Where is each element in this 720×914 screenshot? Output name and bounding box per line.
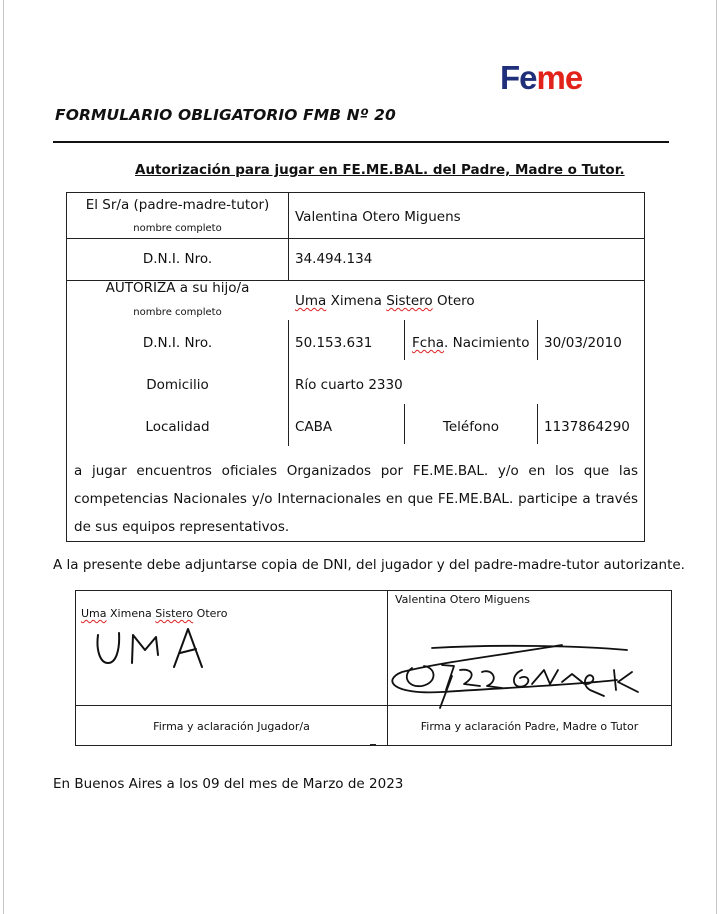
child-middle-name: Ximena	[326, 293, 386, 309]
place-date: En Buenos Aires a los 09 del mes de Marz…	[53, 776, 403, 792]
player-signature-caption: Firma y aclaración Jugador/a	[76, 720, 387, 733]
child-label: AUTORIZA a su hijo/a	[67, 280, 288, 296]
player-middle-name: Ximena	[107, 607, 156, 620]
player-last-name-1: Sistero	[155, 607, 193, 620]
child-dni-field[interactable]: 50.153.631	[295, 335, 372, 351]
logo-bal: bal	[580, 58, 637, 98]
guardian-printed-name: Valentina Otero Miguens	[395, 593, 530, 606]
player-printed-name: Uma Ximena Sistero Otero	[81, 607, 227, 620]
authorization-text: a jugar encuentros oficiales Organizados…	[74, 457, 638, 541]
player-signature	[90, 625, 220, 675]
subtitle: Autorización para jugar en FE.ME.BAL. de…	[135, 162, 625, 178]
player-first-name: Uma	[81, 607, 107, 620]
address-label: Domicilio	[67, 377, 288, 393]
address-field[interactable]: Río cuarto 2330	[295, 377, 403, 393]
birth-date-field[interactable]: 30/03/2010	[544, 335, 622, 351]
birth-label-abbr: Fcha	[412, 335, 444, 351]
guardian-label: El Sr/a (padre-madre-tutor)	[67, 197, 288, 213]
guardian-signature-caption: Firma y aclaración Padre, Madre o Tutor	[388, 720, 671, 733]
phone-field[interactable]: 1137864290	[544, 419, 630, 435]
guardian-name-field[interactable]: Valentina Otero Miguens	[295, 209, 461, 225]
child-name-field[interactable]: Uma Ximena Sistero Otero	[295, 293, 475, 309]
child-last-name-1: Sistero	[386, 293, 432, 309]
page-left-edge	[3, 0, 4, 914]
guardian-dni-label: D.N.I. Nro.	[67, 251, 288, 267]
form-title: FORMULARIO OBLIGATORIO FMB Nº 20	[55, 106, 396, 124]
guardian-sublabel: nombre completo	[67, 223, 288, 234]
page-right-edge	[716, 0, 717, 914]
logo-fe: Fe	[500, 59, 537, 96]
guardian-signature	[382, 640, 662, 710]
phone-label: Teléfono	[405, 419, 537, 435]
child-first-name: Uma	[295, 293, 326, 309]
player-last-name-2: Otero	[193, 607, 227, 620]
logo-me: me	[537, 59, 583, 96]
birth-label-rest: . Nacimiento	[444, 335, 529, 351]
attachment-note: A la presente debe adjuntarse copia de D…	[53, 557, 685, 573]
title-divider	[53, 141, 669, 143]
child-sublabel: nombre completo	[67, 307, 288, 318]
guardian-dni-field[interactable]: 34.494.134	[295, 251, 372, 267]
child-dni-label: D.N.I. Nro.	[67, 335, 288, 351]
femebal-logo: Femebal	[500, 58, 637, 98]
city-field[interactable]: CABA	[295, 419, 332, 435]
city-label: Localidad	[67, 419, 288, 435]
logo-bal-text: bal	[585, 59, 630, 96]
child-last-name-2: Otero	[433, 293, 475, 309]
birth-date-label: Fcha. Nacimiento	[412, 335, 529, 351]
